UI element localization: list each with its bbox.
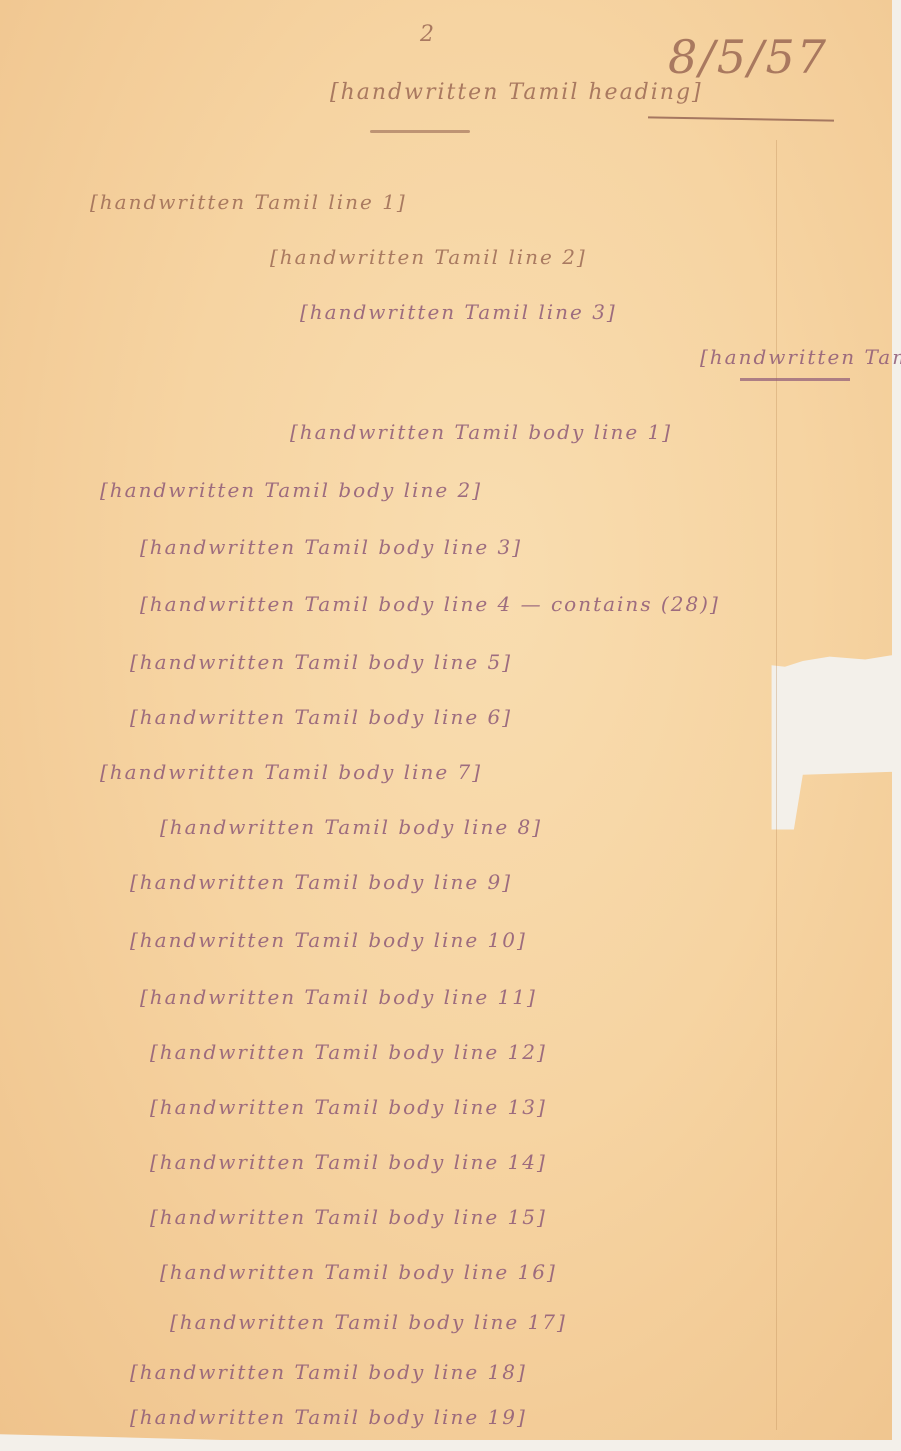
body-line: [handwritten Tamil body line 4 — contain…	[140, 592, 720, 616]
heading-underline	[370, 130, 470, 133]
body-line: [handwritten Tamil body line 13]	[150, 1095, 547, 1119]
body-line: [handwritten Tamil body line 18]	[130, 1360, 527, 1384]
body-line: [handwritten Tamil body line 19]	[130, 1405, 527, 1429]
body-line: [handwritten Tamil body line 2]	[100, 478, 482, 502]
body-line: [handwritten Tamil body line 5]	[130, 650, 512, 674]
address-signature-word: [handwritten Tamil word]	[700, 345, 901, 369]
body-line: [handwritten Tamil body line 12]	[150, 1040, 547, 1064]
address-underline	[740, 378, 850, 381]
body-line: [handwritten Tamil body line 10]	[130, 928, 527, 952]
body-line: [handwritten Tamil body line 8]	[160, 815, 542, 839]
address-line: [handwritten Tamil line 1]	[90, 190, 407, 214]
margin-fold-line	[776, 140, 777, 1430]
body-line: [handwritten Tamil body line 3]	[140, 535, 522, 559]
body-line: [handwritten Tamil body line 15]	[150, 1205, 547, 1229]
body-line: [handwritten Tamil body line 14]	[150, 1150, 547, 1174]
letter-heading: [handwritten Tamil heading]	[330, 80, 703, 105]
body-line: [handwritten Tamil body line 9]	[130, 870, 512, 894]
address-line: [handwritten Tamil line 2]	[270, 245, 587, 269]
body-line: [handwritten Tamil body line 1]	[290, 420, 672, 444]
page-number-mark: 2	[420, 22, 436, 47]
body-line: [handwritten Tamil body line 17]	[170, 1310, 567, 1334]
address-line: [handwritten Tamil line 3]	[300, 300, 617, 324]
letter-date: 8/5/57	[668, 30, 828, 84]
body-line: [handwritten Tamil body line 7]	[100, 760, 482, 784]
body-line: [handwritten Tamil body line 6]	[130, 705, 512, 729]
body-line: [handwritten Tamil body line 16]	[160, 1260, 557, 1284]
body-line: [handwritten Tamil body line 11]	[140, 985, 537, 1009]
